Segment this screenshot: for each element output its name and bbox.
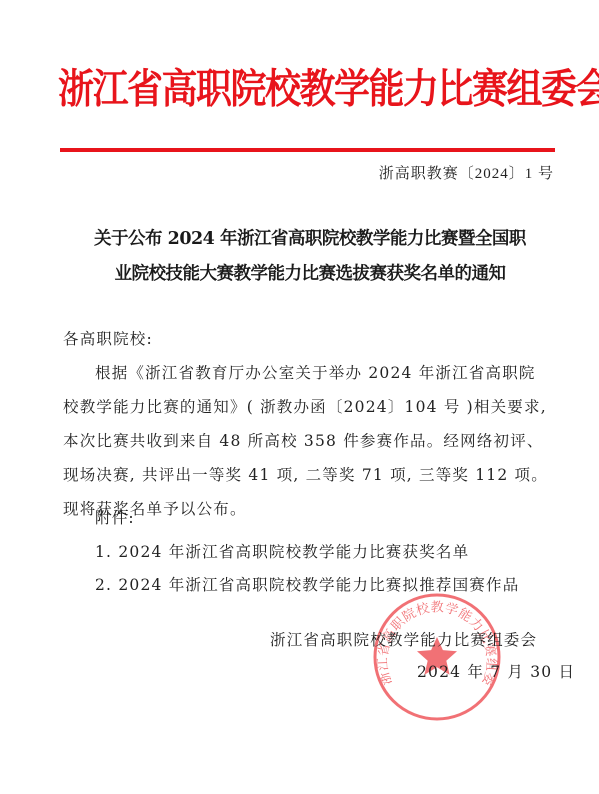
- body-line-1: 根据《浙江省教育厅办公室关于举办 2024 年浙江省高职院: [95, 361, 575, 383]
- document-number: 浙高职教赛〔2024〕1 号: [379, 162, 554, 183]
- org-header-title: 浙江省高职院校教学能力比赛组委会: [58, 62, 558, 116]
- document-page: 浙江省高职院校教学能力比赛组委会 浙高职教赛〔2024〕1 号 关于公布 202…: [0, 0, 599, 794]
- issuer-signature: 浙江省高职院校教学能力比赛组委会: [270, 628, 599, 650]
- attachment-item-2: 2. 2024 年浙江省高职院校教学能力比赛拟推荐国赛作品: [95, 573, 575, 595]
- body-line-4: 现场决赛, 共评出一等奖 41 项, 二等奖 71 项, 三等奖 112 项。: [63, 463, 543, 485]
- attachments-label: 附件:: [95, 506, 575, 528]
- official-seal: 浙江省高职院校教学能力比赛组委会: [372, 592, 502, 722]
- body-line-2: 校教学能力比赛的通知》( 浙教办函〔2024〕104 号 )相关要求,: [63, 395, 543, 417]
- body-line-3: 本次比赛共收到来自 48 所高校 358 件参赛作品。经网络初评、: [63, 429, 543, 451]
- notice-title-line-1: 关于公布 2024 年浙江省高职院校教学能力比赛暨全国职: [40, 225, 580, 250]
- notice-title-line-2: 业院校技能大赛教学能力比赛选拔赛获奖名单的通知: [40, 260, 580, 285]
- salutation: 各高职院校:: [63, 327, 543, 349]
- red-divider: [60, 148, 555, 152]
- attachment-item-1: 1. 2024 年浙江省高职院校教学能力比赛获奖名单: [95, 540, 575, 562]
- issue-date: 2024 年 7 月 30 日: [417, 660, 599, 682]
